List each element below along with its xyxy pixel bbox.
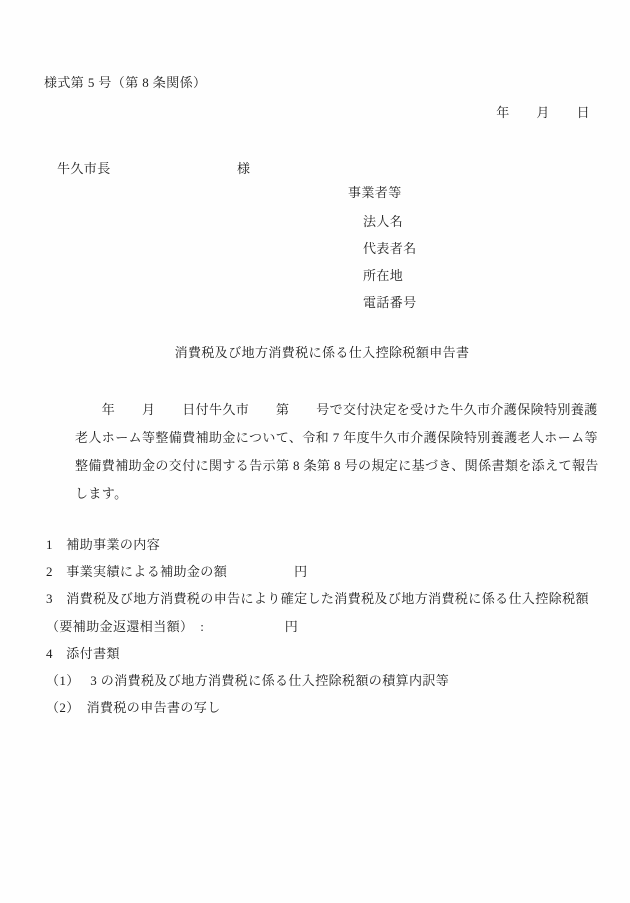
list-item-3-tax-deduction-amount: 3 消費税及び地方消費税の申告により確定した消費税及び地方消費税に係る仕入控除税… bbox=[46, 585, 606, 612]
item-list: 1 補助事業の内容 2 事業実績による補助金の額 円 3 消費税及び地方消費税の… bbox=[46, 531, 606, 721]
list-item-2-subsidy-amount: 2 事業実績による補助金の額 円 bbox=[46, 558, 606, 585]
recipient-line: 牛久市長 様 bbox=[0, 161, 630, 177]
body-line-1: 年 月 日付牛久市 第 号で交付決定を受けた牛久市介護保険特別養護 bbox=[75, 396, 595, 424]
body-line-2: 老人ホーム等整備費補助金について、令和 7 年度牛久市介護保険特別養護老人ホーム… bbox=[75, 424, 595, 452]
list-item-4-attached-documents: 4 添付書類 bbox=[46, 640, 606, 667]
list-item-3-refund-equivalent: （要補助金返還相当額） : 円 bbox=[46, 613, 606, 640]
applicant-fields: 法人名 代表者名 所在地 電話番号 bbox=[363, 208, 417, 316]
field-representative-name-label: 代表者名 bbox=[363, 235, 417, 262]
document-title: 消費税及び地方消費税に係る仕入控除税額申告書 bbox=[42, 345, 602, 360]
recipient-name: 牛久市長 bbox=[57, 161, 111, 177]
recipient-honorific: 様 bbox=[237, 161, 250, 177]
form-number: 様式第 5 号（第 8 条関係） bbox=[44, 76, 206, 90]
list-item-1-project-contents: 1 補助事業の内容 bbox=[46, 531, 606, 558]
field-corporate-name-label: 法人名 bbox=[363, 208, 417, 235]
body-line-4: します。 bbox=[75, 480, 595, 508]
list-item-attachment-1: （1） 3 の消費税及び地方消費税に係る仕入控除税額の積算内訳等 bbox=[46, 667, 606, 694]
body-line-3: 整備費補助金の交付に関する告示第 8 条第 8 号の規定に基づき、関係書類を添え… bbox=[75, 452, 595, 480]
date-line: 年 月 日 bbox=[496, 106, 590, 120]
applicant-heading: 事業者等 bbox=[348, 186, 402, 200]
list-item-attachment-2: （2） 消費税の申告書の写し bbox=[46, 694, 606, 721]
document-page: 様式第 5 号（第 8 条関係） 年 月 日 牛久市長 様 事業者等 法人名 代… bbox=[0, 0, 630, 903]
field-address-label: 所在地 bbox=[363, 262, 417, 289]
body-paragraph: 年 月 日付牛久市 第 号で交付決定を受けた牛久市介護保険特別養護 老人ホーム等… bbox=[75, 396, 595, 508]
field-phone-number-label: 電話番号 bbox=[363, 289, 417, 316]
